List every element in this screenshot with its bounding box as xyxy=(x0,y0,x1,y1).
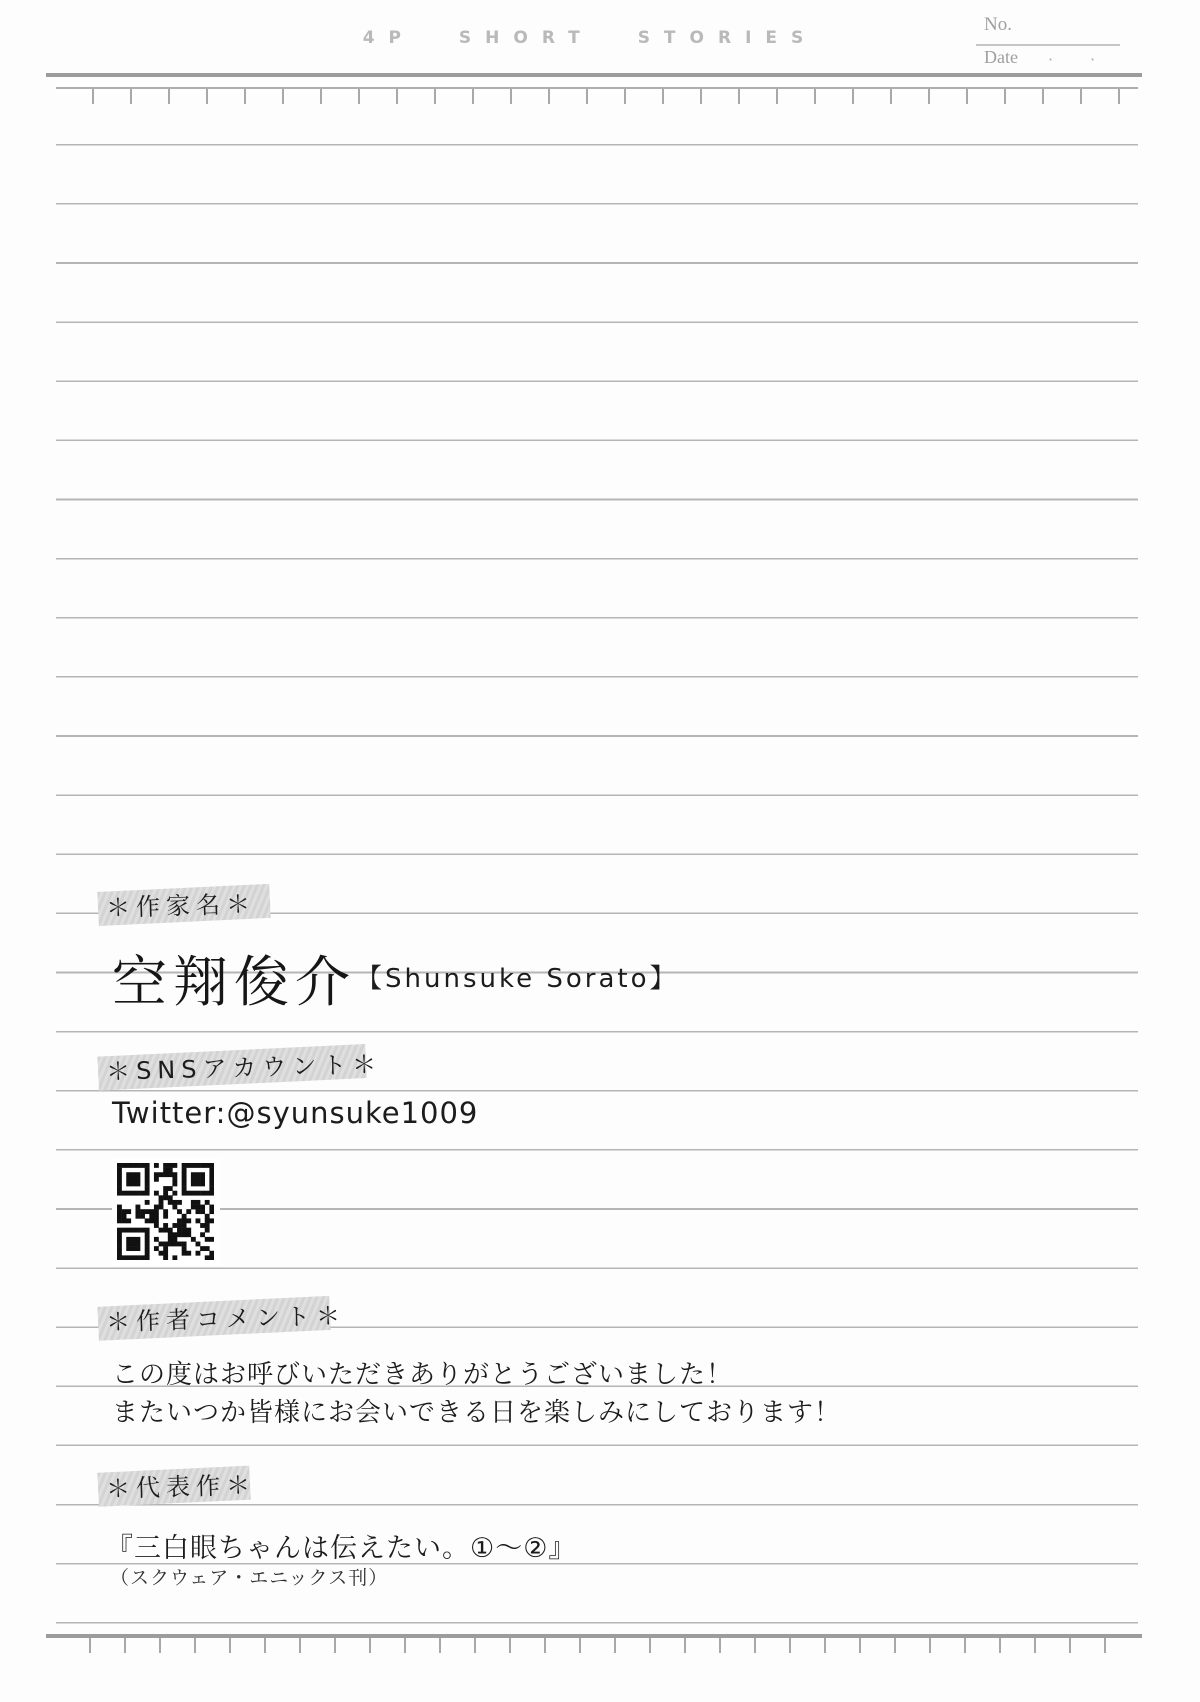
no-label: No. xyxy=(984,14,1012,36)
section-label-text: ＊作家名＊ xyxy=(106,890,257,922)
author-name-japanese: 空翔俊介 xyxy=(112,950,356,1014)
author-name-section-label: ＊作家名＊ xyxy=(106,884,257,923)
top-tick-ruler xyxy=(56,89,1138,104)
notebook-page: 4P SHORT STORIES No. Date · · ＊作家名＊ 空翔俊介… xyxy=(0,0,1200,1702)
section-label-text: ＊代表作＊ xyxy=(106,1471,257,1503)
no-field-line xyxy=(976,44,1120,46)
bottom-tick-ruler xyxy=(56,1638,1138,1653)
author-name-row: 空翔俊介【Shunsuke Sorato】 xyxy=(112,938,679,1017)
date-separator-dot: · xyxy=(1090,50,1095,69)
qr-code xyxy=(112,1158,220,1266)
comment-section-label: ＊作者コメント＊ xyxy=(106,1296,347,1338)
section-label-text: ＊作者コメント＊ xyxy=(106,1302,347,1337)
author-comment-line: またいつか皆様にお会いできる日を楽しみにしております！ xyxy=(112,1394,841,1432)
works-section-label: ＊代表作＊ xyxy=(106,1465,257,1504)
author-comment: この度はお呼びいただきありがとうございました！ またいつか皆様にお会いできる日を… xyxy=(112,1356,841,1432)
work-publisher: （スクウェア・エニックス刊） xyxy=(110,1563,388,1590)
work-title: 『三白眼ちゃんは伝えたい。①〜②』 xyxy=(106,1526,576,1565)
author-comment-line: この度はお呼びいただきありがとうございました！ xyxy=(112,1356,841,1394)
top-thick-line xyxy=(46,73,1142,77)
date-separator-dot: · xyxy=(1048,50,1053,69)
date-label: Date xyxy=(984,47,1018,68)
twitter-account: Twitter:@syunsuke1009 xyxy=(112,1096,478,1130)
author-name-romanized: 【Shunsuke Sorato】 xyxy=(356,964,679,994)
